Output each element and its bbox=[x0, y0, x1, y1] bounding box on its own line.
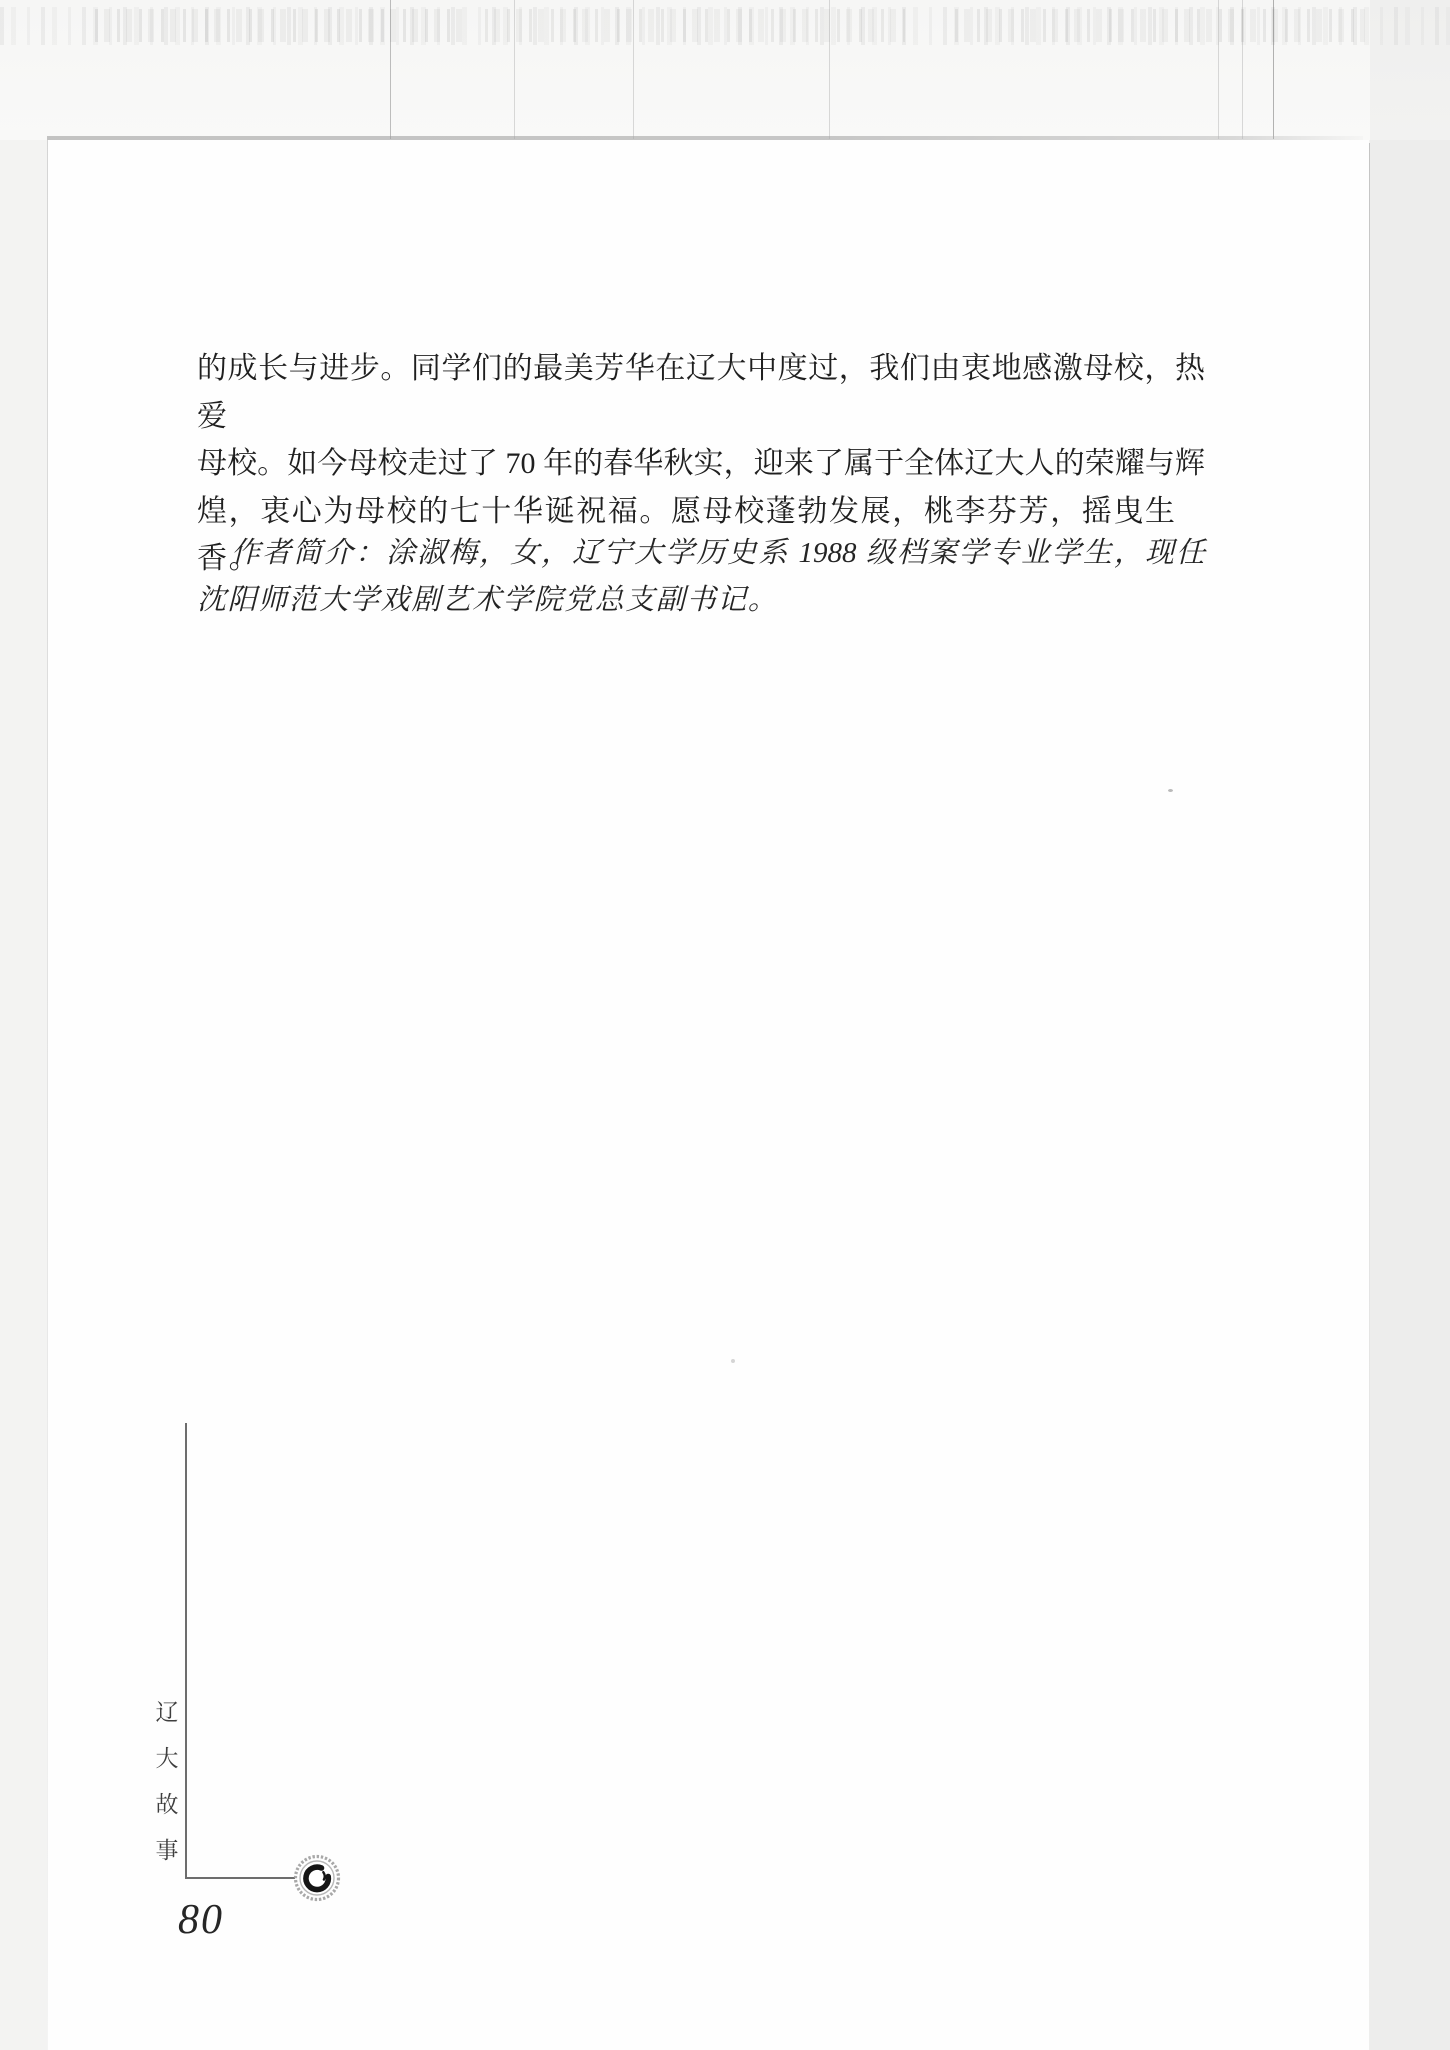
series-title-char: 事 bbox=[156, 1832, 179, 1878]
page-number: 80 bbox=[178, 1896, 224, 1944]
scan-right-margin bbox=[1370, 0, 1450, 2050]
scan-smudge bbox=[95, 9, 465, 42]
scan-streak-line bbox=[633, 0, 634, 139]
scan-speck bbox=[1168, 789, 1173, 792]
page-top-edge bbox=[47, 136, 1363, 140]
sidebar-vertical-rule bbox=[185, 1423, 187, 1878]
page-left-edge bbox=[47, 140, 48, 2050]
body-line: 母校。如今母校走过了 70 年的春华秋实，迎来了属于全体辽大人的荣耀与辉 bbox=[197, 440, 1205, 488]
scan-smudge bbox=[955, 9, 1365, 42]
bio-line: 作者简介：涂淑梅，女，辽宁大学历史系 1988 级档案学专业学生，现任 bbox=[197, 530, 1205, 577]
scanned-book-page: 的成长与进步。同学们的最美芳华在辽大中度过，我们由衷地感激母校，热爱 母校。如今… bbox=[0, 0, 1450, 2050]
bio-line: 沈阳师范大学戏剧艺术学院党总支副书记。 bbox=[197, 577, 1205, 624]
scan-streak-line bbox=[390, 0, 391, 139]
series-title-char: 大 bbox=[156, 1740, 179, 1786]
scan-streak-line bbox=[514, 0, 515, 139]
scan-streak-line bbox=[1242, 0, 1243, 139]
body-line: 的成长与进步。同学们的最美芳华在辽大中度过，我们由衷地感激母校，热爱 bbox=[197, 345, 1205, 440]
scan-streak-line bbox=[1218, 0, 1219, 139]
scan-streak-line bbox=[829, 0, 830, 139]
series-seal-icon bbox=[292, 1853, 342, 1903]
series-title-char: 故 bbox=[156, 1786, 179, 1832]
scan-top-margin bbox=[0, 0, 1450, 140]
series-title-char: 辽 bbox=[156, 1694, 179, 1740]
series-title-vertical: 辽 大 故 事 bbox=[152, 1694, 182, 1878]
scan-streak-line bbox=[1273, 0, 1274, 139]
author-bio: 作者简介：涂淑梅，女，辽宁大学历史系 1988 级档案学专业学生，现任 沈阳师范… bbox=[197, 530, 1205, 624]
page-right-edge bbox=[1369, 143, 1370, 2050]
sidebar-horizontal-rule bbox=[185, 1877, 295, 1879]
scan-smudge bbox=[485, 9, 905, 42]
scan-speck bbox=[731, 1359, 735, 1363]
